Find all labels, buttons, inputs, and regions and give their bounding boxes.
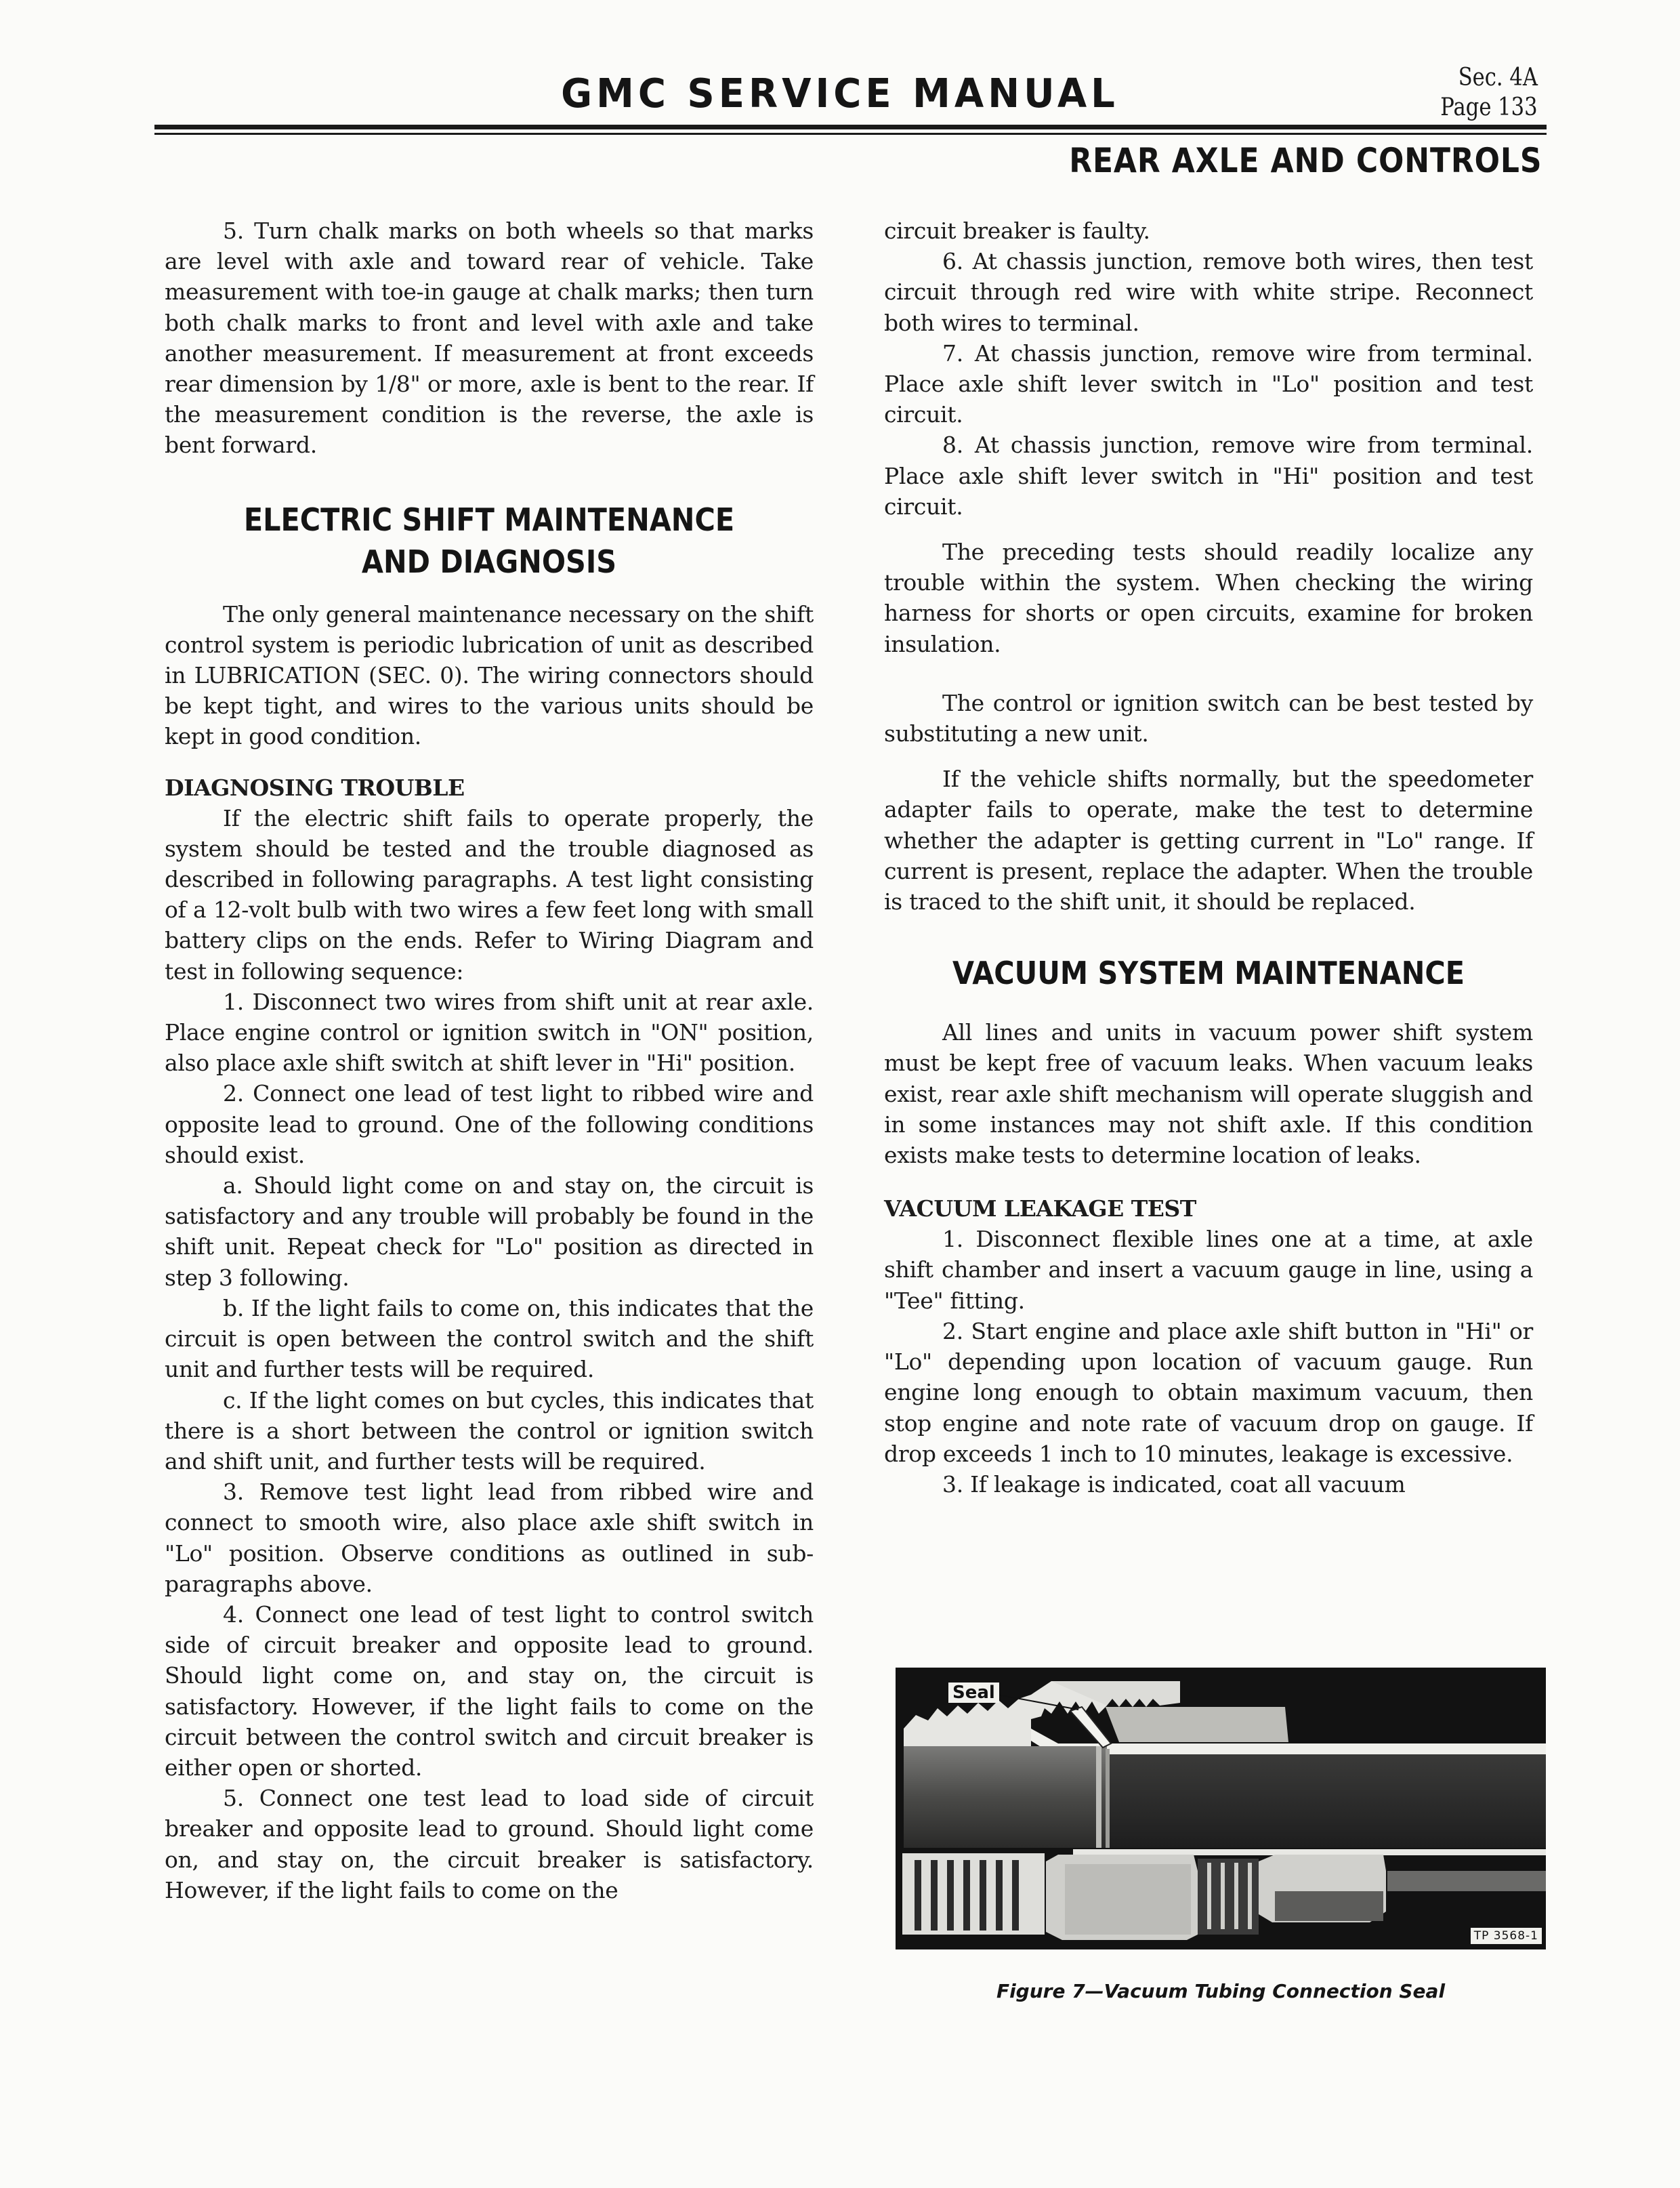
paragraph-control-switch: The control or ignition switch can be be… bbox=[884, 688, 1533, 749]
header-rule-thick bbox=[154, 125, 1547, 129]
paragraph-step-8: 8. At chassis junction, remove wire from… bbox=[884, 430, 1533, 522]
paragraph-toe-in-step5: 5. Turn chalk marks on both wheels so th… bbox=[165, 215, 814, 461]
header-rule-thin bbox=[154, 133, 1547, 135]
figure-caption: Figure 7—Vacuum Tubing Connection Seal bbox=[896, 1980, 1546, 2002]
paragraph-step-5-breaker: 5. Connect one test lead to load side of… bbox=[165, 1783, 814, 1905]
paragraph-step-2a: a. Should light come on and stay on, the… bbox=[165, 1170, 814, 1293]
heading-electric-shift: ELECTRIC SHIFT MAINTENANCE AND DIAGNOSIS bbox=[197, 499, 781, 583]
section-number: Sec. 4A bbox=[1458, 64, 1538, 91]
paragraph-step-2c: c. If the light comes on but cycles, thi… bbox=[165, 1385, 814, 1477]
manual-title: GMC SERVICE MANUAL bbox=[542, 70, 1138, 117]
paragraph-vacuum-step-2: 2. Start engine and place axle shift but… bbox=[884, 1316, 1533, 1469]
subheading-vacuum-leakage-test: VACUUM LEAKAGE TEST bbox=[884, 1193, 1533, 1224]
paragraph-step-7: 7. At chassis junction, remove wire from… bbox=[884, 338, 1533, 430]
subheading-diagnosing-trouble: DIAGNOSING TROUBLE bbox=[165, 772, 814, 803]
paragraph-step-4: 4. Connect one lead of test light to con… bbox=[165, 1599, 814, 1783]
paragraph-preceding-tests: The preceding tests should readily local… bbox=[884, 537, 1533, 659]
paragraph-vacuum-step-1: 1. Disconnect flexible lines one at a ti… bbox=[884, 1224, 1533, 1316]
heading-electric-line2: AND DIAGNOSIS bbox=[362, 543, 616, 580]
paragraph-step-1: 1. Disconnect two wires from shift unit … bbox=[165, 987, 814, 1079]
plate-number-label: TP 3568-1 bbox=[1471, 1928, 1542, 1944]
heading-electric-line1: ELECTRIC SHIFT MAINTENANCE bbox=[244, 501, 734, 538]
right-column: circuit breaker is faulty. 6. At chassis… bbox=[884, 215, 1533, 1500]
seal-callout-label: Seal bbox=[948, 1683, 999, 1703]
paragraph-vacuum-step-3: 3. If leakage is indicated, coat all vac… bbox=[884, 1469, 1533, 1500]
paragraph-step-2: 2. Connect one lead of test light to rib… bbox=[165, 1078, 814, 1170]
chapter-title: REAR AXLE AND CONTROLS bbox=[1069, 141, 1542, 180]
paragraph-speedometer-adapter: If the vehicle shifts normally, but the … bbox=[884, 764, 1533, 917]
paragraph-vacuum-intro: All lines and units in vacuum power shif… bbox=[884, 1017, 1533, 1170]
paragraph-diagnosis-intro: If the electric shift fails to operate p… bbox=[165, 803, 814, 987]
heading-vacuum-system: VACUUM SYSTEM MAINTENANCE bbox=[917, 952, 1500, 994]
figure-vacuum-tubing-seal: Seal TP 3568-1 bbox=[896, 1668, 1546, 1949]
left-column: 5. Turn chalk marks on both wheels so th… bbox=[165, 215, 814, 1905]
page-number: Page 133 bbox=[1441, 94, 1538, 121]
paragraph-general-maintenance: The only general maintenance necessary o… bbox=[165, 599, 814, 752]
paragraph-step-6: 6. At chassis junction, remove both wire… bbox=[884, 246, 1533, 338]
paragraph-step-3: 3. Remove test light lead from ribbed wi… bbox=[165, 1477, 814, 1599]
paragraph-step-2b: b. If the light fails to come on, this i… bbox=[165, 1293, 814, 1385]
paragraph-continued: circuit breaker is faulty. bbox=[884, 215, 1533, 246]
tubing-connection-illustration bbox=[896, 1668, 1546, 1949]
